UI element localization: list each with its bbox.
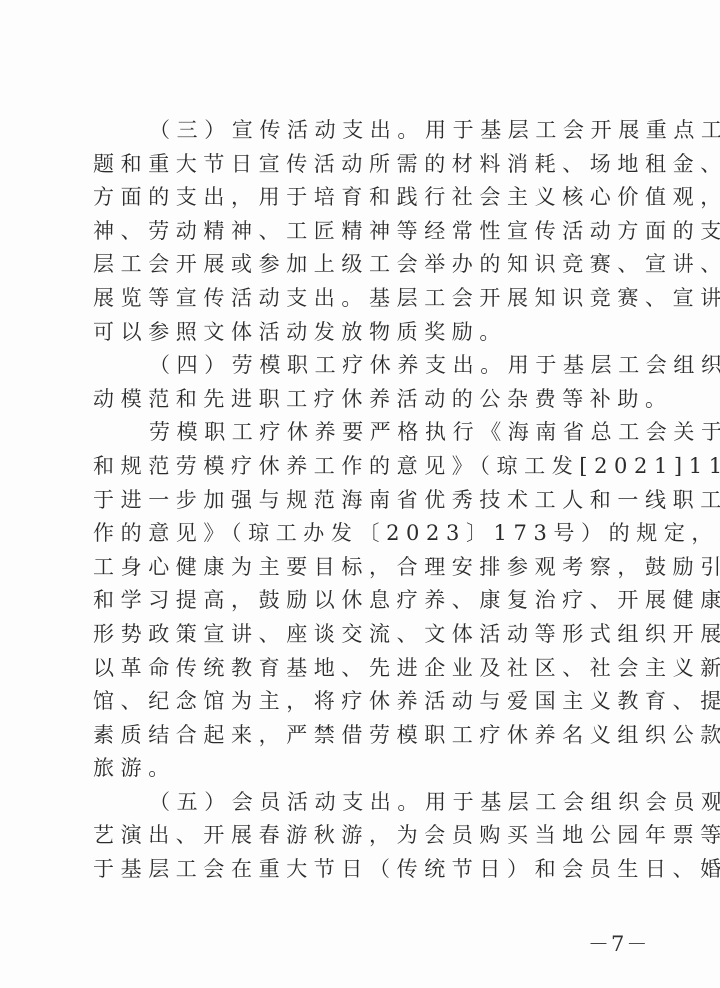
text-line: 可以参照文体活动发放物质奖励。 <box>93 316 629 350</box>
document-page: （三）宣传活动支出。用于基层工会开展重点工作、重大主题和重大节日宣传活动所需的材… <box>0 0 720 988</box>
text-line: 题和重大节日宣传活动所需的材料消耗、场地租金、购买服务等 <box>93 148 629 182</box>
text-line: 动模范和先进职工疗休养活动的公杂费等补助。 <box>93 383 629 417</box>
text-line: （四）劳模职工疗休养支出。用于基层工会组织和开展的劳 <box>93 349 629 383</box>
text-line: 馆、纪念馆为主，将疗休养活动与爱国主义教育、提升劳模职工 <box>93 685 629 719</box>
text-line: 形势政策宣讲、座谈交流、文体活动等形式组织开展。参观考察 <box>93 618 629 652</box>
text-line: 和规范劳模疗休养工作的意见》（琼工发[2021]112号）及《关 <box>93 450 629 484</box>
document-body: （三）宣传活动支出。用于基层工会开展重点工作、重大主题和重大节日宣传活动所需的材… <box>93 114 629 887</box>
text-line: 工身心健康为主要目标，合理安排参观考察，鼓励引导相互交流 <box>93 551 629 585</box>
text-line: （三）宣传活动支出。用于基层工会开展重点工作、重大主 <box>93 114 629 148</box>
text-line: 艺演出、开展春游秋游，为会员购买当地公园年票等的支出。用 <box>93 819 629 853</box>
text-line: （五）会员活动支出。用于基层工会组织会员观看电影、文 <box>93 786 629 820</box>
text-line: 以革命传统教育基地、先进企业及社区、社会主义新农村、博物 <box>93 652 629 686</box>
text-line: 方面的支出，用于培育和践行社会主义核心价值观，弘扬劳模精 <box>93 181 629 215</box>
text-line: 作的意见》（琼工办发〔2023〕173号）的规定，主要以促进职 <box>93 517 629 551</box>
text-line: 神、劳动精神、工匠精神等经常性宣传活动方面的支出，用于基 <box>93 215 629 249</box>
text-line: 于基层工会在重大节日（传统节日）和会员生日、婚丧嫁娶、退 <box>93 853 629 887</box>
text-line: 展览等宣传活动支出。基层工会开展知识竞赛、宣讲、演讲比赛， <box>93 282 629 316</box>
text-line: 层工会开展或参加上级工会举办的知识竞赛、宣讲、演讲比赛、 <box>93 248 629 282</box>
text-line: 素质结合起来，严禁借劳模职工疗休养名义组织公款或变相公款 <box>93 719 629 753</box>
page-number: －7－ <box>588 928 649 958</box>
text-line: 劳模职工疗休养要严格执行《海南省总工会关于进一步加强 <box>93 416 629 450</box>
text-line: 于进一步加强与规范海南省优秀技术工人和一线职工休疗养工 <box>93 484 629 518</box>
text-line: 和学习提高，鼓励以休息疗养、康复治疗、开展健康体检和讲座、 <box>93 584 629 618</box>
text-line: 旅游。 <box>93 752 629 786</box>
